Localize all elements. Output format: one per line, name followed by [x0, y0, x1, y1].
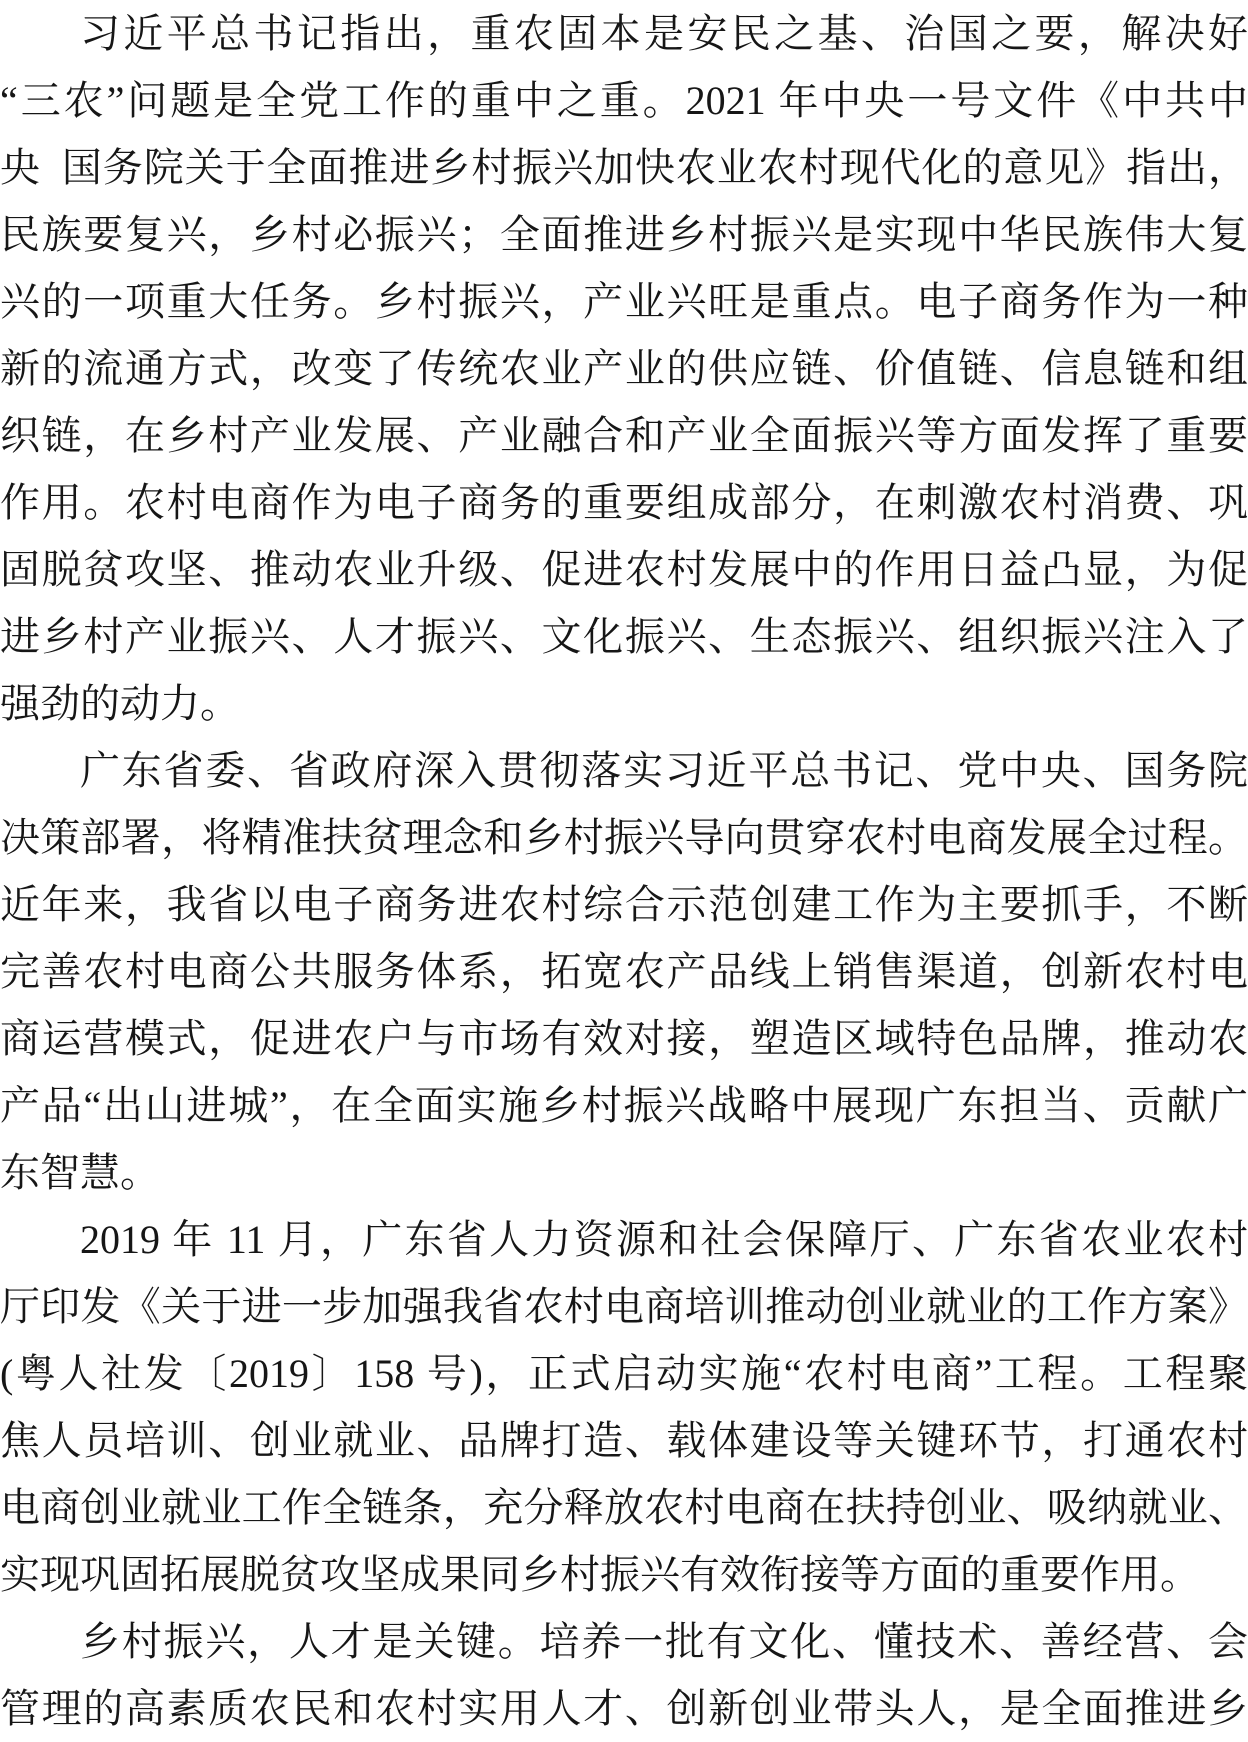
text-line: 进乡村产业振兴、人才振兴、文化振兴、生态振兴、组织振兴注入了 — [0, 603, 1248, 670]
text-line: 强劲的动力。 — [0, 670, 1248, 737]
text-line: 作用。农村电商作为电子商务的重要组成部分，在刺激农村消费、巩 — [0, 469, 1248, 536]
paragraph-3: 2019 年 11 月，广东省人力资源和社会保障厅、广东省农业农村 厅印发《关于… — [0, 1206, 1248, 1608]
text-line: 2019 年 11 月，广东省人力资源和社会保障厅、广东省农业农村 — [0, 1206, 1248, 1273]
text-line: (粤人社发〔2019〕158 号)，正式启动实施“农村电商”工程。工程聚 — [0, 1340, 1248, 1407]
text-line: 电商创业就业工作全链条，充分释放农村电商在扶持创业、吸纳就业、 — [0, 1474, 1248, 1541]
text-line: 新的流通方式，改变了传统农业产业的供应链、价值链、信息链和组 — [0, 335, 1248, 402]
text-line: 织链，在乡村产业发展、产业融合和产业全面振兴等方面发挥了重要 — [0, 402, 1248, 469]
text-line: 完善农村电商公共服务体系，拓宽农产品线上销售渠道，创新农村电 — [0, 938, 1248, 1005]
text-line: 央 国务院关于全面推进乡村振兴加快农业农村现代化的意见》指出， — [0, 134, 1248, 201]
text-line: 近年来，我省以电子商务进农村综合示范创建工作为主要抓手，不断 — [0, 871, 1248, 938]
text-line: 广东省委、省政府深入贯彻落实习近平总书记、党中央、国务院 — [0, 737, 1248, 804]
document-page: 习近平总书记指出，重农固本是安民之基、治国之要，解决好 “三农”问题是全党工作的… — [0, 0, 1248, 1742]
paragraph-4: 乡村振兴，人才是关键。培养一批有文化、懂技术、善经营、会 管理的高素质农民和农村… — [0, 1608, 1248, 1742]
text-line: 产品“出山进城”，在全面实施乡村振兴战略中展现广东担当、贡献广 — [0, 1072, 1248, 1139]
paragraph-2: 广东省委、省政府深入贯彻落实习近平总书记、党中央、国务院 决策部署，将精准扶贫理… — [0, 737, 1248, 1206]
text-line: 民族要复兴，乡村必振兴；全面推进乡村振兴是实现中华民族伟大复 — [0, 201, 1248, 268]
text-line: 固脱贫攻坚、推动农业升级、促进农村发展中的作用日益凸显，为促 — [0, 536, 1248, 603]
text-line: 东智慧。 — [0, 1139, 1248, 1206]
text-line: 管理的高素质农民和农村实用人才、创新创业带头人，是全面推进乡 — [0, 1675, 1248, 1742]
text-line: “三农”问题是全党工作的重中之重。2021 年中央一号文件《中共中 — [0, 67, 1248, 134]
paragraph-1: 习近平总书记指出，重农固本是安民之基、治国之要，解决好 “三农”问题是全党工作的… — [0, 0, 1248, 737]
text-line: 兴的一项重大任务。乡村振兴，产业兴旺是重点。电子商务作为一种 — [0, 268, 1248, 335]
text-line: 习近平总书记指出，重农固本是安民之基、治国之要，解决好 — [0, 0, 1248, 67]
text-line: 焦人员培训、创业就业、品牌打造、载体建设等关键环节，打通农村 — [0, 1407, 1248, 1474]
text-line: 实现巩固拓展脱贫攻坚成果同乡村振兴有效衔接等方面的重要作用。 — [0, 1541, 1248, 1608]
text-line: 厅印发《关于进一步加强我省农村电商培训推动创业就业的工作方案》 — [0, 1273, 1248, 1340]
text-line: 决策部署，将精准扶贫理念和乡村振兴导向贯穿农村电商发展全过程。 — [0, 804, 1248, 871]
text-line: 乡村振兴，人才是关键。培养一批有文化、懂技术、善经营、会 — [0, 1608, 1248, 1675]
text-line: 商运营模式，促进农户与市场有效对接，塑造区域特色品牌，推动农 — [0, 1005, 1248, 1072]
